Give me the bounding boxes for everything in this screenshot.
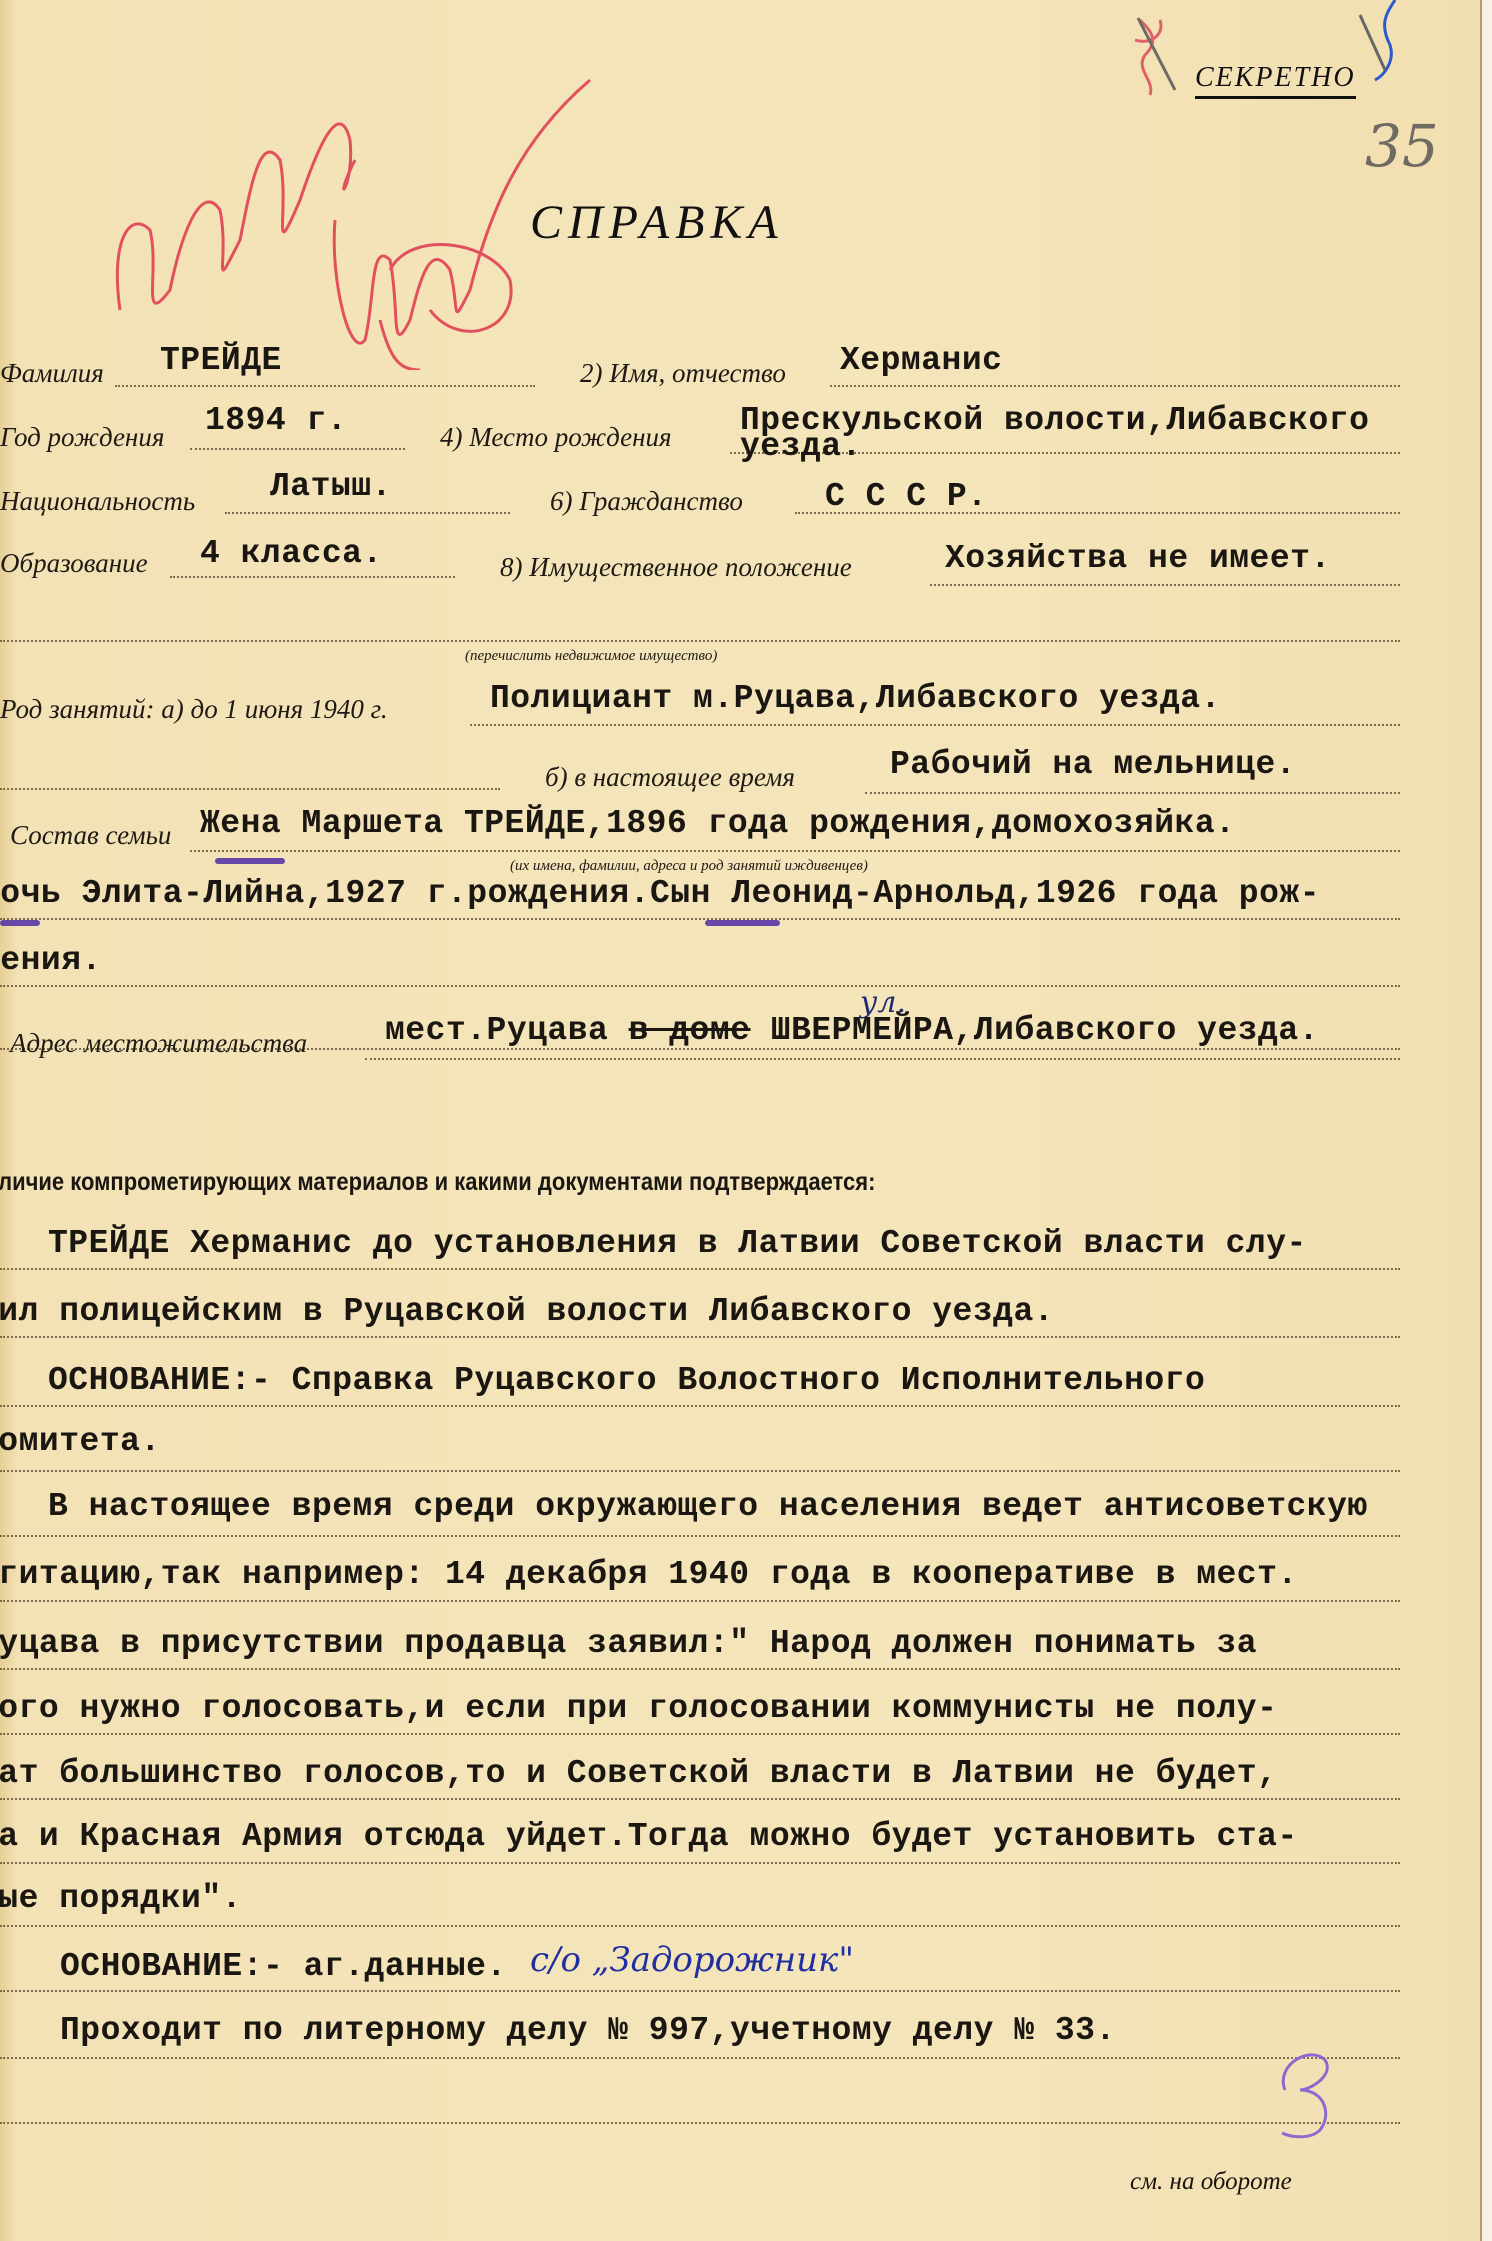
violet-underline-mark xyxy=(705,920,780,926)
occupation-now-underline xyxy=(865,792,1400,794)
line-underline xyxy=(0,1470,1400,1472)
compromising-line: рые порядки". xyxy=(0,1880,242,1917)
see-reverse-note: см. на обороте xyxy=(1130,2168,1292,2196)
family-line-3: дения. xyxy=(0,942,102,979)
violet-underline-mark xyxy=(215,858,285,864)
occupation-before-value: Полициант м.Руцава,Либавского уезда. xyxy=(490,680,1221,717)
line-underline xyxy=(0,1925,1400,1927)
line-underline xyxy=(0,1405,1400,1407)
address-part-2: ШВЕРМЕЙРА,Либавского уезда. xyxy=(750,1012,1319,1049)
occupation-now-value: Рабочий на мельнице. xyxy=(890,746,1296,783)
line-underline xyxy=(0,2057,1400,2059)
compromising-line: жил полицейским в Руцавской волости Либа… xyxy=(0,1293,1054,1330)
blue-check-mark-icon xyxy=(1355,0,1415,90)
education-underline xyxy=(170,576,455,578)
nationality-value: Латыш. xyxy=(270,468,392,505)
line-underline xyxy=(0,1668,1400,1670)
line-underline xyxy=(0,1535,1400,1537)
line-underline xyxy=(0,2122,1400,2124)
family-underline-3 xyxy=(0,985,1400,987)
address-struck-text: в доме xyxy=(629,1012,751,1049)
address-part-1: мест.Руцава xyxy=(385,1012,629,1049)
birth-year-label: Год рождения xyxy=(0,422,164,453)
compromising-line: ОСНОВАНИЕ:- аг.данные. xyxy=(60,1948,507,1985)
nationality-label: Национальность xyxy=(0,486,195,517)
surname-value: ТРЕЙДЕ xyxy=(160,342,282,379)
classification-label: СЕКРЕТНО xyxy=(1195,62,1356,99)
compromising-line: В настоящее время среди окружающего насе… xyxy=(48,1488,1368,1525)
compromising-line: кого нужно голосовать,и если при голосов… xyxy=(0,1690,1277,1727)
compromising-line: агитацию,так например: 14 декабря 1940 г… xyxy=(0,1556,1298,1593)
handwritten-agent-note: с/о „Задорожник" xyxy=(530,1940,854,1980)
compromising-line: Руцава в присутствии продавца заявил:" Н… xyxy=(0,1625,1257,1662)
violet-letter-mark-icon xyxy=(1270,2045,1340,2145)
family-line-2: Дочь Элита-Лийна,1927 г.рождения.Сын Лео… xyxy=(0,875,1320,912)
compromising-line: ОСНОВАНИЕ:- Справка Руцавского Волостног… xyxy=(48,1362,1205,1399)
education-label: Образование xyxy=(0,548,148,579)
nationality-underline xyxy=(225,512,510,514)
surname-label: Фамилия xyxy=(0,358,104,389)
compromising-line: да и Красная Армия отсюда уйдет.Тогда мо… xyxy=(0,1818,1298,1855)
line-underline xyxy=(0,1990,1400,1992)
line-underline xyxy=(0,1733,1400,1735)
property-underline xyxy=(930,584,1400,586)
compromising-line: Комитета. xyxy=(0,1423,161,1460)
occupation-before-label: Род занятий: а) до 1 июня 1940 г. xyxy=(0,694,388,725)
surname-underline xyxy=(115,385,535,387)
compromising-line: чат большинство голосов,то и Советской в… xyxy=(0,1755,1277,1792)
family-line-1: Жена Маршета ТРЕЙДЕ,1896 года рождения,д… xyxy=(200,805,1235,842)
occupation-before-underline xyxy=(470,724,1400,726)
address-label: Адрес местожительства xyxy=(10,1028,307,1059)
line-underline xyxy=(0,1862,1400,1864)
citizenship-label: 6) Гражданство xyxy=(550,486,743,517)
violet-underline-mark xyxy=(0,920,40,926)
property-extra-underline xyxy=(0,640,1400,642)
compromising-line: Проходит по литерному делу № 997,учетном… xyxy=(60,2012,1116,2049)
property-value: Хозяйства не имеет. xyxy=(945,540,1331,577)
education-value: 4 класса. xyxy=(200,535,383,572)
birth-year-value: 1894 г. xyxy=(205,402,347,439)
birth-place-label: 4) Место рождения xyxy=(440,422,672,453)
line-underline xyxy=(0,1798,1400,1800)
page-edge xyxy=(1480,0,1492,2241)
family-underline-2 xyxy=(0,918,1400,920)
address-value: мест.Руцава в доме ШВЕРМЕЙРА,Либавского … xyxy=(385,1012,1319,1049)
property-label: 8) Имущественное положение xyxy=(500,552,852,583)
red-cross-mark-icon xyxy=(1130,10,1190,100)
birth-year-underline xyxy=(190,448,405,450)
compromising-heading: Наличие компрометирующих материалов и ка… xyxy=(0,1168,875,1197)
sheet-number: 35 xyxy=(1365,112,1439,180)
compromising-line: ТРЕЙДЕ Херманис до установления в Латвии… xyxy=(48,1225,1307,1262)
name-value: Херманис xyxy=(840,342,1002,379)
property-hint: (перечислить недвижимое имущество) xyxy=(465,648,717,665)
occupation-now-left-underline xyxy=(0,788,500,790)
citizenship-value: С С С Р. xyxy=(825,478,987,515)
occupation-now-label: б) в настоящее время xyxy=(545,762,795,793)
line-underline xyxy=(0,1336,1400,1338)
document-title: СПРАВКА xyxy=(530,195,784,250)
family-label: Состав семьи xyxy=(10,820,171,851)
address-underline xyxy=(365,1058,1400,1060)
line-underline xyxy=(0,1600,1400,1602)
name-underline xyxy=(830,385,1400,387)
birth-place-value-line2: уезда. xyxy=(740,428,862,465)
line-underline xyxy=(0,1268,1400,1270)
name-label: 2) Имя, отчество xyxy=(580,358,786,389)
family-underline-1 xyxy=(190,850,1400,852)
family-hint: (их имена, фамилии, адреса и род занятий… xyxy=(510,858,868,875)
